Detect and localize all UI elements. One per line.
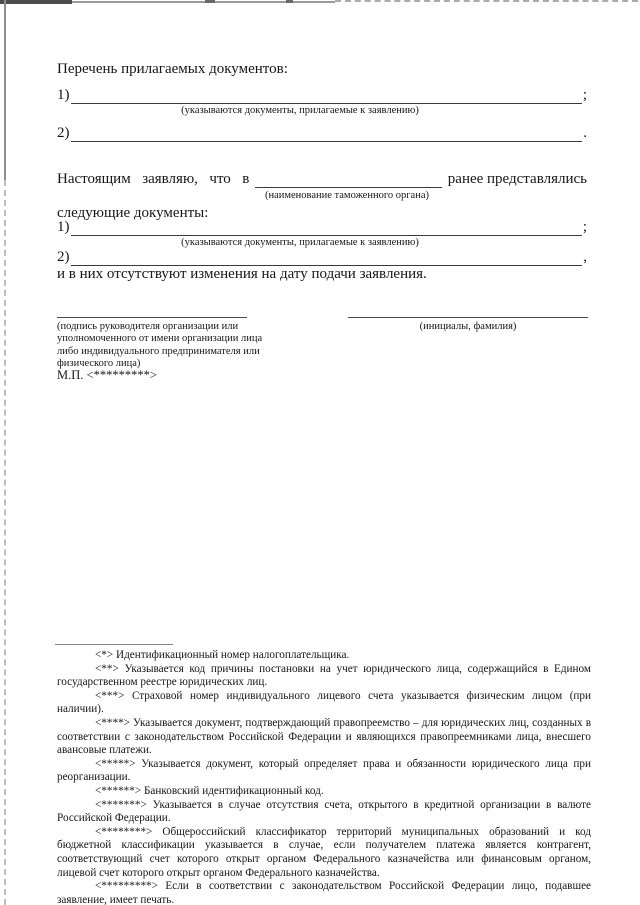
signature-caption: (подпись руководителя организации или уп… [57, 321, 271, 370]
item-number: 1) [57, 218, 71, 236]
blank-line [71, 249, 583, 266]
item-number: 2) [57, 248, 71, 266]
scan-edge-top-mark [286, 0, 293, 3]
item-punctuation: . [582, 124, 587, 142]
blank-line [71, 125, 583, 142]
declaration-item-2: 2) , [57, 248, 587, 266]
footnote: <**> Указывается код причины постановки … [57, 663, 591, 690]
footnote: <*******> Указывается в случае отсутстви… [57, 799, 591, 826]
item-punctuation: ; [582, 218, 587, 236]
scan-edge-left [4, 0, 6, 180]
scan-edge-left-dashed [4, 180, 6, 905]
signature-line [57, 317, 247, 318]
footnote: <****> Указывается документ, подтверждаю… [57, 717, 591, 758]
footnote: <******> Банковский идентификационный ко… [57, 785, 591, 799]
scanned-form-page: Перечень прилагаемых документов: 1) ; (у… [0, 0, 640, 905]
item-punctuation: ; [582, 86, 587, 104]
seal-mark: М.П. <*********> [57, 368, 157, 382]
scan-edge-top [72, 1, 335, 3]
item-punctuation: , [582, 248, 587, 266]
declaration-item-1: 1) ; [57, 218, 587, 236]
footnote: <*********> Если в соответствии с законо… [57, 880, 591, 905]
footnote-separator-rule [55, 644, 173, 645]
declaration-closing: и в них отсутствуют изменения на дату по… [57, 265, 587, 284]
scan-edge-top-mark [205, 0, 215, 3]
scan-edge-top-dark [0, 0, 72, 4]
footnote: <********> Общероссийский классификатор … [57, 826, 591, 880]
footnotes-block: <*> Идентификационный номер налогоплател… [57, 649, 591, 905]
customs-organ-caption: (наименование таможенного органа) [247, 190, 447, 202]
customs-organ-caption-row: (наименование таможенного органа) [57, 190, 587, 202]
scan-edge-top-dashed [335, 0, 638, 2]
item-number: 2) [57, 124, 71, 142]
footnote: <***> Страховой номер индивидуального ли… [57, 690, 591, 717]
declaration-lead-text: Настоящим заявляю, что в [57, 170, 249, 188]
footnote: <*> Идентификационный номер налогоплател… [57, 649, 591, 663]
name-line [348, 317, 588, 318]
declaration-lead-tail: ранее представлялись [448, 170, 587, 188]
blank-line [255, 171, 441, 188]
attachments-heading: Перечень прилагаемых документов: [57, 60, 587, 79]
footnote: <*****> Указывается документ, который оп… [57, 758, 591, 785]
declaration-lead-row: Настоящим заявляю, что в ранее представл… [57, 170, 587, 188]
blank-line [71, 219, 582, 236]
initials-caption: (инициалы, фамилия) [348, 321, 588, 333]
attachments-item-1: 1) ; [57, 86, 587, 104]
blank-line [71, 87, 582, 104]
attachments-item-1-caption: (указываются документы, прилагаемые к за… [35, 105, 565, 117]
attachments-item-2: 2) . [57, 124, 587, 142]
item-number: 1) [57, 86, 71, 104]
